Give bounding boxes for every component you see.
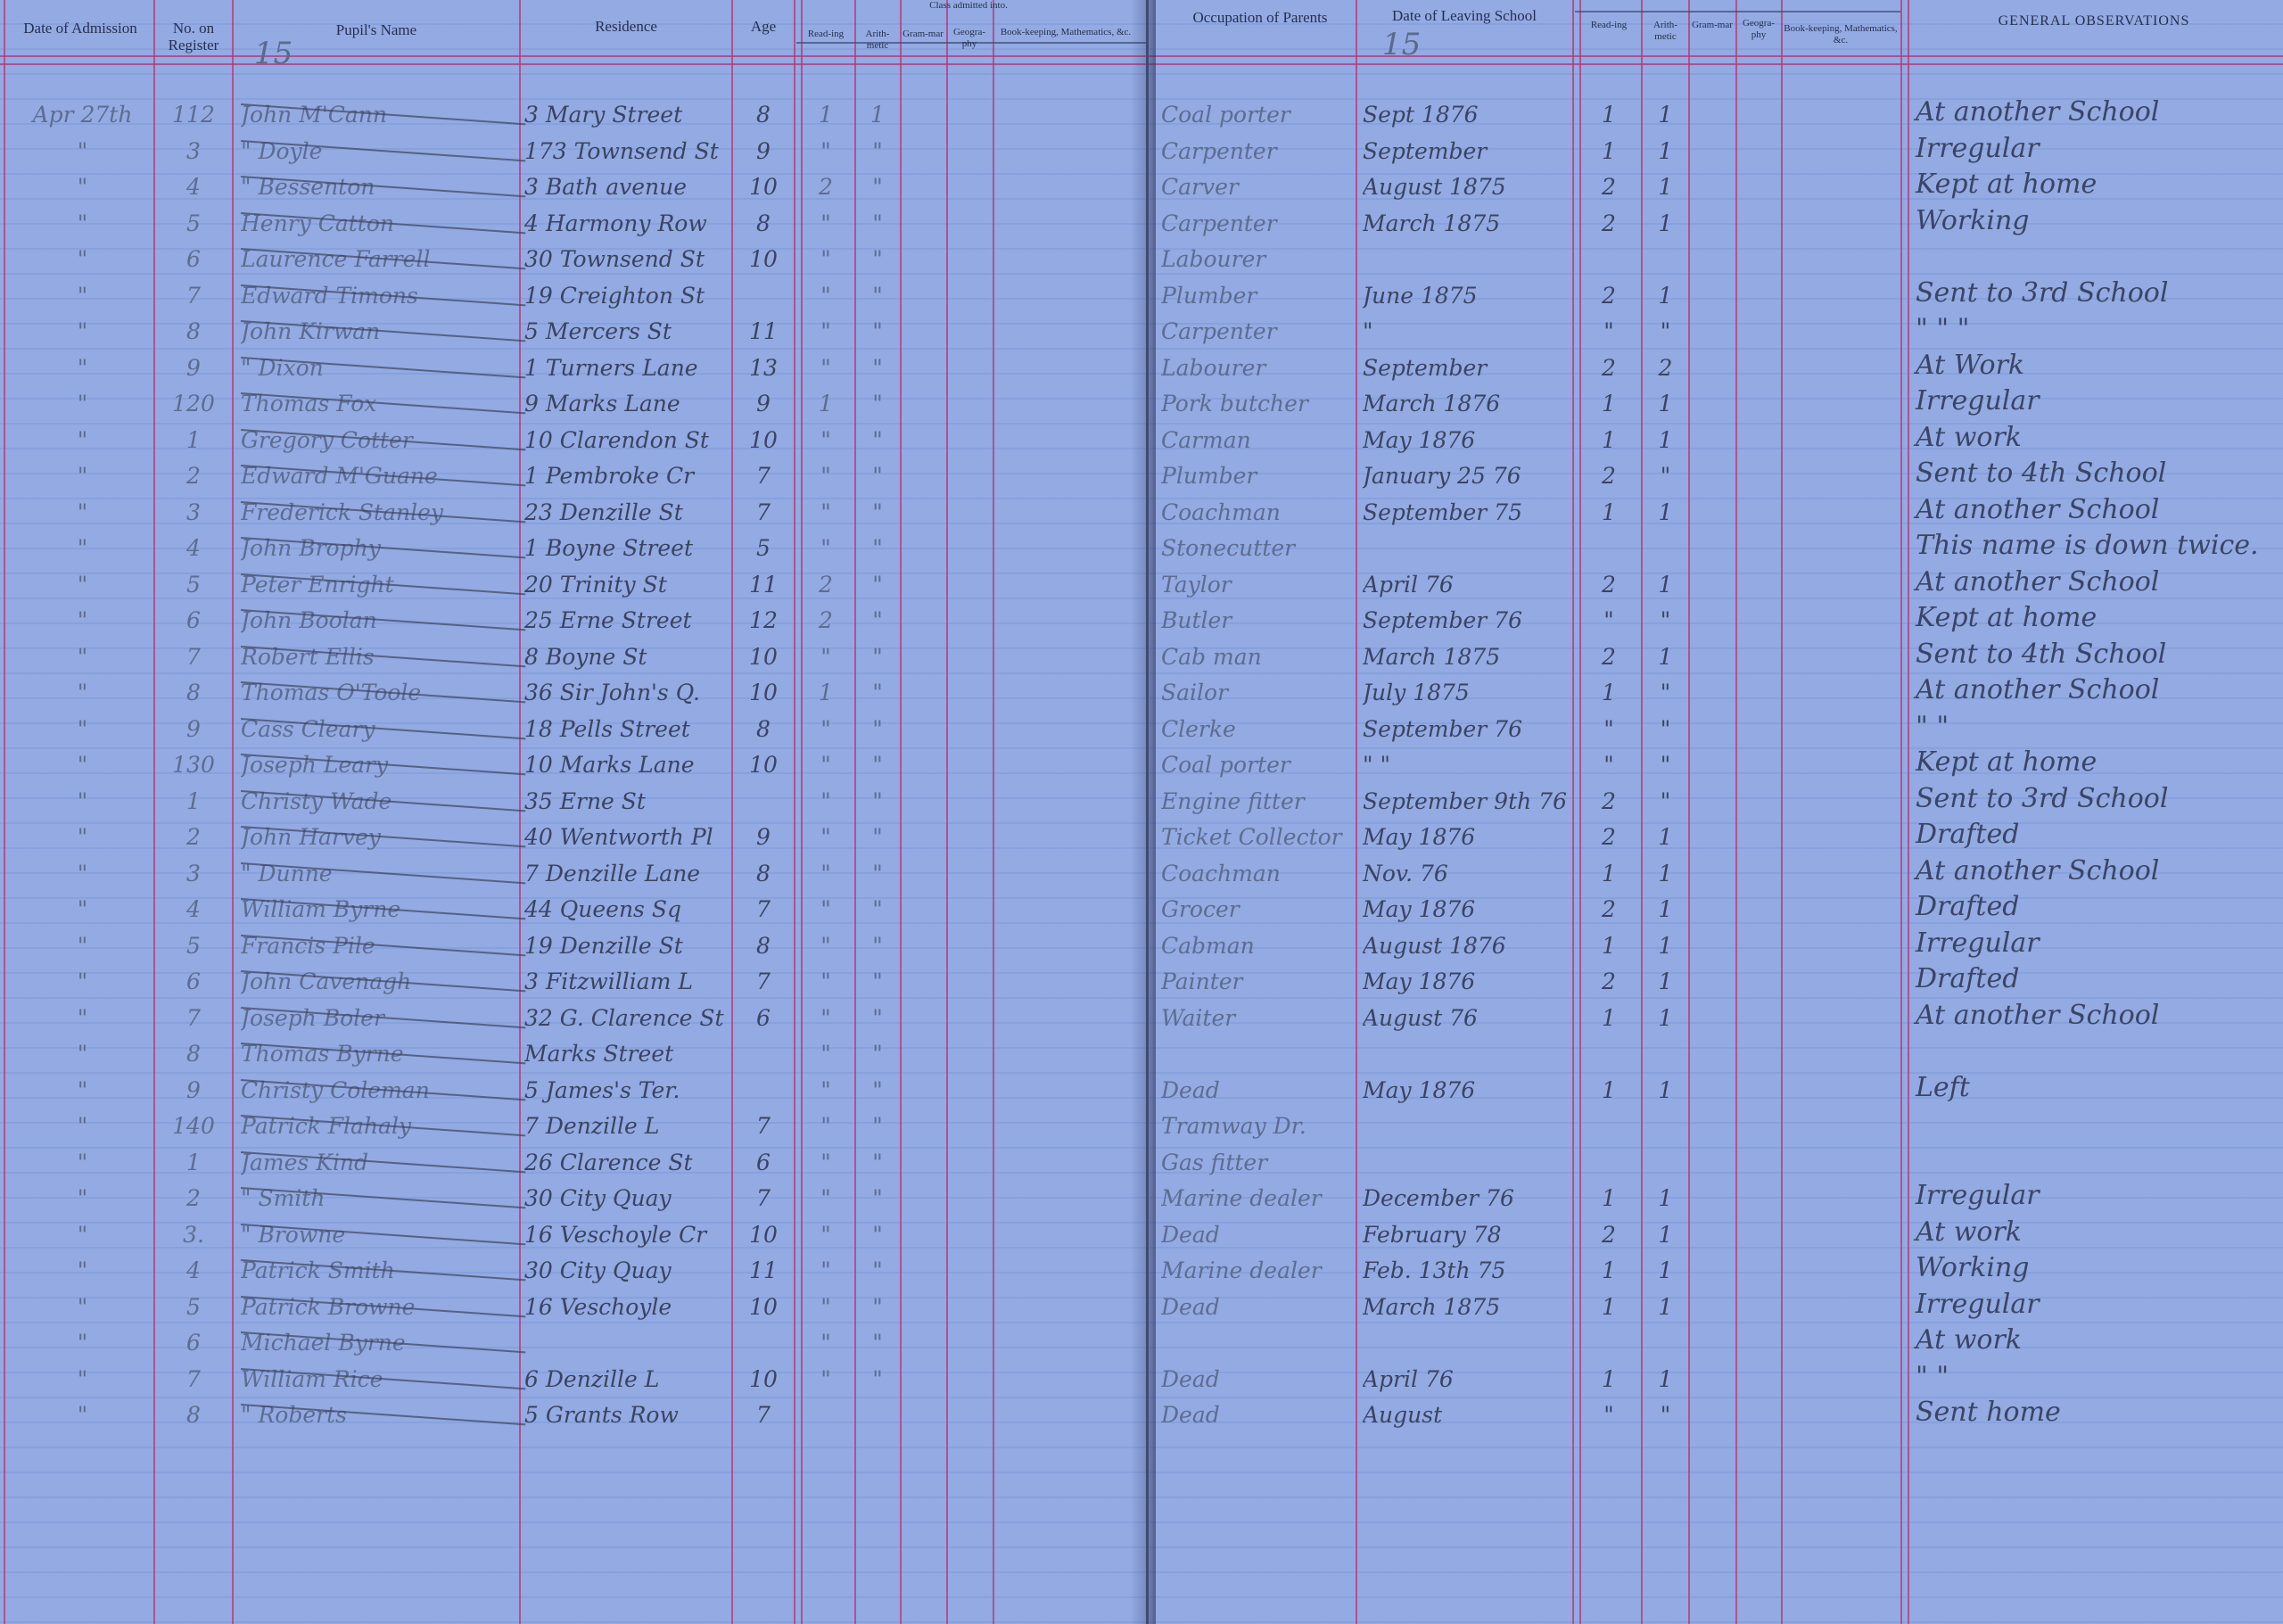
leaving-arithmetic-class-cell: 1 xyxy=(1644,568,1687,601)
leaving-reading-class-cell: 1 xyxy=(1578,1290,1640,1323)
general-observation-cell: Sent to 3rd School xyxy=(1916,783,2168,814)
occupation-cell: Cabman xyxy=(1161,929,1356,962)
arithmetic-class-cell: " xyxy=(856,424,899,457)
table-row: "8Thomas O'Toole36 Sir John's Q.101" xyxy=(0,676,1146,709)
table-row: Apr 27th112John M'Cann3 Mary Street811 xyxy=(0,98,1146,131)
age-cell: 13 xyxy=(735,351,792,384)
register-number-cell: 5 xyxy=(157,1290,230,1323)
reading-class-cell: " xyxy=(799,929,853,962)
header-arithmetic: Arith-metic xyxy=(1644,20,1687,43)
general-observation-cell: Sent to 4th School xyxy=(1916,639,2166,670)
register-number-cell: 7 xyxy=(157,1002,230,1035)
table-row: "9" Dixon1 Turners Lane13"" xyxy=(0,351,1146,384)
leaving-arithmetic-class-cell: 1 xyxy=(1644,857,1687,890)
reading-class-cell: " xyxy=(799,351,853,384)
date-of-admission-cell: " xyxy=(18,568,147,601)
table-row: "5Henry Catton4 Harmony Row8"" xyxy=(0,207,1146,240)
leaving-reading-class-cell: 2 xyxy=(1578,568,1640,601)
residence-cell: 4 Harmony Row xyxy=(524,207,729,240)
date-of-admission-cell: " xyxy=(18,351,147,384)
table-row: "8" Roberts5 Grants Row7 xyxy=(0,1398,1146,1431)
leaving-reading-class-cell: " xyxy=(1578,1398,1640,1431)
residence-cell: 173 Townsend St xyxy=(524,135,729,168)
date-of-leaving-cell: March 1875 xyxy=(1363,207,1570,240)
residence-cell: 3 Mary Street xyxy=(524,98,729,131)
table-row: GrocerMay 187621Drafted xyxy=(1149,893,2283,926)
general-observation-cell: Kept at home xyxy=(1916,169,2097,200)
general-observation-cell: Kept at home xyxy=(1916,746,2097,778)
date-of-leaving-cell: December 76 xyxy=(1363,1182,1570,1215)
arithmetic-class-cell: " xyxy=(856,135,899,168)
reading-class-cell: " xyxy=(799,1182,853,1215)
header-grammar: Gram-mar xyxy=(1690,20,1735,31)
date-of-admission-cell: " xyxy=(18,604,147,637)
arithmetic-class-cell: " xyxy=(856,1146,899,1179)
ledger-spread: Date of Admission No. on Register Pupil'… xyxy=(0,0,2283,1624)
arithmetic-class-cell: " xyxy=(856,748,899,781)
arithmetic-class-cell: " xyxy=(856,929,899,962)
date-of-admission-cell: " xyxy=(18,640,147,673)
arithmetic-class-cell: " xyxy=(856,496,899,529)
table-row: "7Robert Ellis8 Boyne St10"" xyxy=(0,640,1146,673)
leaving-arithmetic-class-cell: 1 xyxy=(1644,1254,1687,1287)
table-row: StonecutterThis name is down twice. xyxy=(1149,532,2283,565)
reading-class-cell: " xyxy=(799,1037,853,1070)
table-row: DeadFebruary 7821At work xyxy=(1149,1218,2283,1251)
arithmetic-class-cell: " xyxy=(856,243,899,276)
residence-cell: 3 Fitzwilliam L xyxy=(524,965,729,998)
occupation-cell: Carman xyxy=(1161,424,1356,457)
leaving-arithmetic-class-cell: 1 xyxy=(1644,387,1687,420)
arithmetic-class-cell: " xyxy=(856,965,899,998)
residence-cell: 20 Trinity St xyxy=(524,568,729,601)
leaving-arithmetic-class-cell: " xyxy=(1644,1398,1687,1431)
register-number-cell: 5 xyxy=(157,207,230,240)
date-of-admission-cell: " xyxy=(18,1074,147,1107)
age-cell: 5 xyxy=(735,532,792,565)
leaving-reading-class-cell: " xyxy=(1578,713,1640,746)
table-row: ClerkeSeptember 76""" " xyxy=(1149,713,2283,746)
register-number-cell: 7 xyxy=(157,279,230,312)
date-of-admission-cell: " xyxy=(18,532,147,565)
header-grammar: Gram-mar xyxy=(902,29,944,40)
age-cell: 6 xyxy=(735,1146,792,1179)
date-of-admission-cell: " xyxy=(18,929,147,962)
age-cell: 8 xyxy=(735,207,792,240)
date-of-leaving-cell: September xyxy=(1363,351,1570,384)
date-of-admission-cell: " xyxy=(18,713,147,746)
leaving-arithmetic-class-cell: 1 xyxy=(1644,1074,1687,1107)
date-of-admission-cell: " xyxy=(18,1146,147,1179)
date-of-admission-cell: " xyxy=(18,459,147,492)
date-of-leaving-cell: Sept 1876 xyxy=(1363,98,1570,131)
table-row: "4Patrick Smith30 City Quay11"" xyxy=(0,1254,1146,1287)
arithmetic-class-cell: " xyxy=(856,785,899,818)
occupation-cell: Dead xyxy=(1161,1363,1356,1396)
general-observation-cell: At another School xyxy=(1916,566,2159,598)
table-row: PlumberJanuary 25 762"Sent to 4th School xyxy=(1149,459,2283,492)
table-row: ButlerSeptember 76""Kept at home xyxy=(1149,604,2283,637)
occupation-cell: Clerke xyxy=(1161,713,1356,746)
arithmetic-class-cell: " xyxy=(856,1037,899,1070)
table-row: DeadMarch 187511Irregular xyxy=(1149,1290,2283,1323)
date-of-leaving-cell: May 1876 xyxy=(1363,965,1570,998)
age-cell: 8 xyxy=(735,929,792,962)
table-row: "2John Harvey40 Wentworth Pl9"" xyxy=(0,820,1146,853)
leaving-reading-class-cell: 2 xyxy=(1578,207,1640,240)
reading-class-cell: " xyxy=(799,1254,853,1287)
reading-class-cell: " xyxy=(799,135,853,168)
register-number-cell: 8 xyxy=(157,1398,230,1431)
occupation-cell: Carpenter xyxy=(1161,135,1356,168)
leaving-arithmetic-class-cell: " xyxy=(1644,604,1687,637)
reading-class-cell: " xyxy=(799,424,853,457)
general-observation-cell: At work xyxy=(1916,1216,2022,1248)
arithmetic-class-cell: " xyxy=(856,640,899,673)
reading-class-cell: " xyxy=(799,496,853,529)
age-cell: 10 xyxy=(735,748,792,781)
reading-class-cell: 2 xyxy=(799,568,853,601)
general-observation-cell: Sent home xyxy=(1916,1397,2061,1428)
table-row: PainterMay 187621Drafted xyxy=(1149,965,2283,998)
table-row: "140Patrick Flahaly7 Denzille L7"" xyxy=(0,1109,1146,1142)
occupation-cell: Stonecutter xyxy=(1161,532,1356,565)
general-observation-cell: Drafted xyxy=(1916,819,2019,850)
table-row: "2Edward M'Guane1 Pembroke Cr7"" xyxy=(0,459,1146,492)
table-row: Marine dealerDecember 7611Irregular xyxy=(1149,1182,2283,1215)
table-row: Ticket CollectorMay 187621Drafted xyxy=(1149,820,2283,853)
table-row: "6John Cavenagh3 Fitzwilliam L7"" xyxy=(0,965,1146,998)
general-observation-cell: This name is down twice. xyxy=(1916,530,2259,561)
date-of-leaving-cell: September 76 xyxy=(1363,604,1570,637)
register-number-cell: 130 xyxy=(157,748,230,781)
general-observation-cell: Irregular xyxy=(1916,927,2040,959)
table-row: "9Cass Cleary18 Pells Street8"" xyxy=(0,713,1146,746)
table-row: Engine fitterSeptember 9th 762"Sent to 3… xyxy=(1149,785,2283,818)
register-number-cell: 3 xyxy=(157,496,230,529)
occupation-cell: Dead xyxy=(1161,1398,1356,1431)
arithmetic-class-cell: " xyxy=(856,713,899,746)
general-observation-cell: Sent to 4th School xyxy=(1916,458,2166,489)
date-of-leaving-cell: March 1875 xyxy=(1363,640,1570,673)
table-row: CarpenterSeptember11Irregular xyxy=(1149,135,2283,168)
register-number-cell: 8 xyxy=(157,676,230,709)
header-occupation-of-parents: Occupation of Parents xyxy=(1166,9,1354,26)
leaving-arithmetic-class-cell: 1 xyxy=(1644,1218,1687,1251)
leaving-reading-class-cell: 2 xyxy=(1578,351,1640,384)
table-row: Coal porter" """Kept at home xyxy=(1149,748,2283,781)
leaving-reading-class-cell: 1 xyxy=(1578,387,1640,420)
leaving-arithmetic-class-cell: 1 xyxy=(1644,1290,1687,1323)
leaving-arithmetic-class-cell: 1 xyxy=(1644,207,1687,240)
header-bookkeeping: Book-keeping, Mathematics, &c. xyxy=(1783,23,1899,46)
occupation-cell: Marine dealer xyxy=(1161,1254,1356,1287)
leaving-arithmetic-class-cell: 2 xyxy=(1644,351,1687,384)
reading-class-cell: " xyxy=(799,279,853,312)
table-row: CarverAugust 187521Kept at home xyxy=(1149,170,2283,203)
reading-class-cell: " xyxy=(799,1002,853,1035)
arithmetic-class-cell: " xyxy=(856,170,899,203)
arithmetic-class-cell: " xyxy=(856,1254,899,1287)
register-number-cell: 112 xyxy=(157,98,230,131)
occupation-cell: Coachman xyxy=(1161,496,1356,529)
date-of-admission-cell: " xyxy=(18,748,147,781)
leaving-reading-class-cell: 2 xyxy=(1578,1218,1640,1251)
table-row: WaiterAugust 7611At another School xyxy=(1149,1002,2283,1035)
general-observation-cell: At another School xyxy=(1916,1000,2159,1031)
residence-cell: 10 Marks Lane xyxy=(524,748,729,781)
general-observation-cell: Irregular xyxy=(1916,385,2040,416)
header-date-of-admission: Date of Admission xyxy=(9,20,152,37)
table-row: CarpenterMarch 187521Working xyxy=(1149,207,2283,240)
table-row: CarmanMay 187611At work xyxy=(1149,424,2283,457)
leaving-reading-class-cell: 1 xyxy=(1578,424,1640,457)
date-of-leaving-cell: August xyxy=(1363,1398,1570,1431)
arithmetic-class-cell: " xyxy=(856,351,899,384)
residence-cell: 19 Creighton St xyxy=(524,279,729,312)
age-cell: 10 xyxy=(735,243,792,276)
general-observation-cell: Irregular xyxy=(1916,133,2040,164)
occupation-cell: Coachman xyxy=(1161,857,1356,890)
occupation-cell: Pork butcher xyxy=(1161,387,1356,420)
right-page: Occupation of Parents Date of Leaving Sc… xyxy=(1149,0,2283,1624)
reading-class-cell: " xyxy=(799,1109,853,1142)
arithmetic-class-cell: " xyxy=(856,1074,899,1107)
table-row: Pork butcherMarch 187611Irregular xyxy=(1149,387,2283,420)
header-residence: Residence xyxy=(523,18,729,35)
register-number-cell: 2 xyxy=(157,1182,230,1215)
age-cell: 12 xyxy=(735,604,792,637)
table-row: TaylorApril 7621At another School xyxy=(1149,568,2283,601)
table-row: Cab manMarch 187521Sent to 4th School xyxy=(1149,640,2283,673)
leaving-arithmetic-class-cell: 1 xyxy=(1644,929,1687,962)
table-row: "3" Doyle173 Townsend St9"" xyxy=(0,135,1146,168)
header-double-rule xyxy=(0,55,1146,65)
header-general-observations: GENERAL OBSERVATIONS xyxy=(1907,12,2281,29)
table-row: "2" Smith30 City Quay7"" xyxy=(0,1182,1146,1215)
residence-cell: 25 Erne Street xyxy=(524,604,729,637)
age-cell: 11 xyxy=(735,1254,792,1287)
register-number-cell: 4 xyxy=(157,893,230,926)
date-of-leaving-cell: May 1876 xyxy=(1363,820,1570,853)
age-cell: 8 xyxy=(735,713,792,746)
date-of-leaving-cell: March 1875 xyxy=(1363,1290,1570,1323)
date-of-admission-cell: " xyxy=(18,1037,147,1070)
leaving-arithmetic-class-cell: " xyxy=(1644,713,1687,746)
register-number-cell: 2 xyxy=(157,820,230,853)
residence-cell: 40 Wentworth Pl xyxy=(524,820,729,853)
reading-class-cell: 2 xyxy=(799,170,853,203)
age-cell: 11 xyxy=(735,568,792,601)
general-observation-cell: " " xyxy=(1916,711,1949,742)
residence-cell: Marks Street xyxy=(524,1037,729,1070)
occupation-cell: Dead xyxy=(1161,1290,1356,1323)
leaving-reading-class-cell: 2 xyxy=(1578,965,1640,998)
occupation-cell: Gas fitter xyxy=(1161,1146,1356,1179)
header-reading: Read-ing xyxy=(1578,20,1640,31)
table-row: "7William Rice6 Denzille L10"" xyxy=(0,1363,1146,1396)
date-of-leaving-cell: " " xyxy=(1363,748,1570,781)
leaving-arithmetic-class-cell: " xyxy=(1644,676,1687,709)
arithmetic-class-cell: " xyxy=(856,1109,899,1142)
register-number-cell: 4 xyxy=(157,170,230,203)
table-row: Carpenter"""" " " xyxy=(1149,315,2283,348)
residence-cell: 3 Bath avenue xyxy=(524,170,729,203)
left-page: Date of Admission No. on Register Pupil'… xyxy=(0,0,1149,1624)
residence-cell: 19 Denzille St xyxy=(524,929,729,962)
occupation-cell: Grocer xyxy=(1161,893,1356,926)
register-number-cell: 4 xyxy=(157,1254,230,1287)
date-of-leaving-cell: August 1876 xyxy=(1363,929,1570,962)
register-number-cell: 3. xyxy=(157,1218,230,1251)
reading-class-cell: " xyxy=(799,748,853,781)
arithmetic-class-cell: " xyxy=(856,279,899,312)
reading-class-cell: " xyxy=(799,1363,853,1396)
residence-cell: 16 Veschoyle xyxy=(524,1290,729,1323)
date-of-admission-cell: " xyxy=(18,496,147,529)
table-row: "130Joseph Leary10 Marks Lane10"" xyxy=(0,748,1146,781)
table-row: Marine dealerFeb. 13th 7511Working xyxy=(1149,1254,2283,1287)
occupation-cell: Dead xyxy=(1161,1218,1356,1251)
table-row: Labourer xyxy=(1149,243,2283,276)
occupation-cell: Coal porter xyxy=(1161,748,1356,781)
date-of-admission-cell: " xyxy=(18,424,147,457)
date-of-admission-cell: " xyxy=(18,243,147,276)
date-of-admission-cell: " xyxy=(18,1398,147,1431)
table-row: Tramway Dr. xyxy=(1149,1109,2283,1142)
reading-class-cell: 1 xyxy=(799,676,853,709)
leaving-arithmetic-class-cell: 1 xyxy=(1644,965,1687,998)
leaving-arithmetic-class-cell: 1 xyxy=(1644,1002,1687,1035)
leaving-arithmetic-class-cell: 1 xyxy=(1644,424,1687,457)
table-row: "4John Brophy1 Boyne Street5"" xyxy=(0,532,1146,565)
table-row: DeadMay 187611Left xyxy=(1149,1074,2283,1107)
date-of-leaving-cell: September 76 xyxy=(1363,713,1570,746)
occupation-cell: Waiter xyxy=(1161,1002,1356,1035)
reading-class-cell: " xyxy=(799,893,853,926)
arithmetic-class-cell: " xyxy=(856,676,899,709)
occupation-cell: Labourer xyxy=(1161,351,1356,384)
residence-cell: 16 Veschoyle Cr xyxy=(524,1218,729,1251)
leaving-reading-class-cell: 2 xyxy=(1578,640,1640,673)
pencil-note: 15 xyxy=(254,36,293,71)
residence-cell: 23 Denzille St xyxy=(524,496,729,529)
register-number-cell: 9 xyxy=(157,713,230,746)
occupation-cell: Dead xyxy=(1161,1074,1356,1107)
occupation-cell: Tramway Dr. xyxy=(1161,1109,1356,1142)
table-row: CoachmanNov. 7611At another School xyxy=(1149,857,2283,890)
reading-class-cell: " xyxy=(799,965,853,998)
leaving-arithmetic-class-cell: 1 xyxy=(1644,135,1687,168)
table-row: "1Christy Wade35 Erne St"" xyxy=(0,785,1146,818)
arithmetic-class-cell: " xyxy=(856,532,899,565)
register-number-cell: 5 xyxy=(157,929,230,962)
age-cell: 6 xyxy=(735,1002,792,1035)
register-number-cell: 6 xyxy=(157,965,230,998)
leaving-reading-class-cell: 1 xyxy=(1578,929,1640,962)
register-number-cell: 7 xyxy=(157,1363,230,1396)
leaving-arithmetic-class-cell: " xyxy=(1644,785,1687,818)
leaving-arithmetic-class-cell: 1 xyxy=(1644,170,1687,203)
general-observation-cell: Working xyxy=(1916,1252,2030,1283)
header-double-rule xyxy=(1149,55,2283,65)
arithmetic-class-cell: " xyxy=(856,207,899,240)
general-observation-cell: At another School xyxy=(1916,96,2159,128)
table-row: "120Thomas Fox9 Marks Lane91" xyxy=(0,387,1146,420)
residence-cell: 1 Pembroke Cr xyxy=(524,459,729,492)
age-cell: 7 xyxy=(735,1182,792,1215)
leaving-reading-class-cell: 2 xyxy=(1578,170,1640,203)
date-of-leaving-cell: Feb. 13th 75 xyxy=(1363,1254,1570,1287)
general-observation-cell: At work xyxy=(1916,1324,2022,1356)
leaving-reading-class-cell: 1 xyxy=(1578,1182,1640,1215)
age-cell: 10 xyxy=(735,1290,792,1323)
age-cell: 10 xyxy=(735,676,792,709)
occupation-cell: Cab man xyxy=(1161,640,1356,673)
leaving-arithmetic-class-cell: 1 xyxy=(1644,98,1687,131)
residence-cell: 5 James's Ter. xyxy=(524,1074,729,1107)
occupation-cell: Carpenter xyxy=(1161,315,1356,348)
leaving-reading-class-cell: 2 xyxy=(1578,893,1640,926)
leaving-arithmetic-class-cell: 1 xyxy=(1644,279,1687,312)
table-row: At work xyxy=(1149,1326,2283,1359)
general-observation-cell: Drafted xyxy=(1916,891,2019,922)
age-cell: 9 xyxy=(735,387,792,420)
age-cell: 10 xyxy=(735,424,792,457)
leaving-arithmetic-class-cell: 1 xyxy=(1644,496,1687,529)
reading-class-cell: 2 xyxy=(799,604,853,637)
header-class-admitted-into: Class admitted into. xyxy=(799,0,1138,12)
header-age: Age xyxy=(735,18,792,35)
date-of-leaving-cell: June 1875 xyxy=(1363,279,1570,312)
leaving-arithmetic-class-cell: 1 xyxy=(1644,640,1687,673)
arithmetic-class-cell: 1 xyxy=(856,98,899,131)
arithmetic-class-cell: " xyxy=(856,820,899,853)
date-of-leaving-cell: April 76 xyxy=(1363,1363,1570,1396)
occupation-cell: Labourer xyxy=(1161,243,1356,276)
date-of-admission-cell: " xyxy=(18,387,147,420)
date-of-admission-cell: " xyxy=(18,170,147,203)
table-row: "1James Kind26 Clarence St6"" xyxy=(0,1146,1146,1179)
header-bookkeeping: Book-keeping, Mathematics, &c. xyxy=(994,27,1137,38)
occupation-cell: Carver xyxy=(1161,170,1356,203)
occupation-cell: Plumber xyxy=(1161,459,1356,492)
general-observation-cell: " " xyxy=(1916,1361,1949,1392)
residence-cell: 26 Clarence St xyxy=(524,1146,729,1179)
reading-class-cell: " xyxy=(799,207,853,240)
table-row: "3" Dunne7 Denzille Lane8"" xyxy=(0,857,1146,890)
register-number-cell: 1 xyxy=(157,424,230,457)
date-of-admission-cell: " xyxy=(18,857,147,890)
leaving-arithmetic-class-cell: 1 xyxy=(1644,1363,1687,1396)
register-number-cell: 3 xyxy=(157,135,230,168)
table-row: "3Frederick Stanley23 Denzille St7"" xyxy=(0,496,1146,529)
register-number-cell: 3 xyxy=(157,857,230,890)
table-row: "6Laurence Farrell30 Townsend St10"" xyxy=(0,243,1146,276)
leaving-reading-class-cell: 1 xyxy=(1578,1363,1640,1396)
date-of-admission-cell: " xyxy=(18,1109,147,1142)
occupation-cell: Painter xyxy=(1161,965,1356,998)
reading-class-cell: " xyxy=(799,1146,853,1179)
reading-class-cell: " xyxy=(799,459,853,492)
residence-cell: 30 Townsend St xyxy=(524,243,729,276)
occupation-cell: Engine fitter xyxy=(1161,785,1356,818)
residence-cell: 32 G. Clarence St xyxy=(524,1002,729,1035)
table-row: "5Francis Pile19 Denzille St8"" xyxy=(0,929,1146,962)
leaving-reading-class-cell: 2 xyxy=(1578,785,1640,818)
arithmetic-class-cell: " xyxy=(856,387,899,420)
register-number-cell: 6 xyxy=(157,1326,230,1359)
